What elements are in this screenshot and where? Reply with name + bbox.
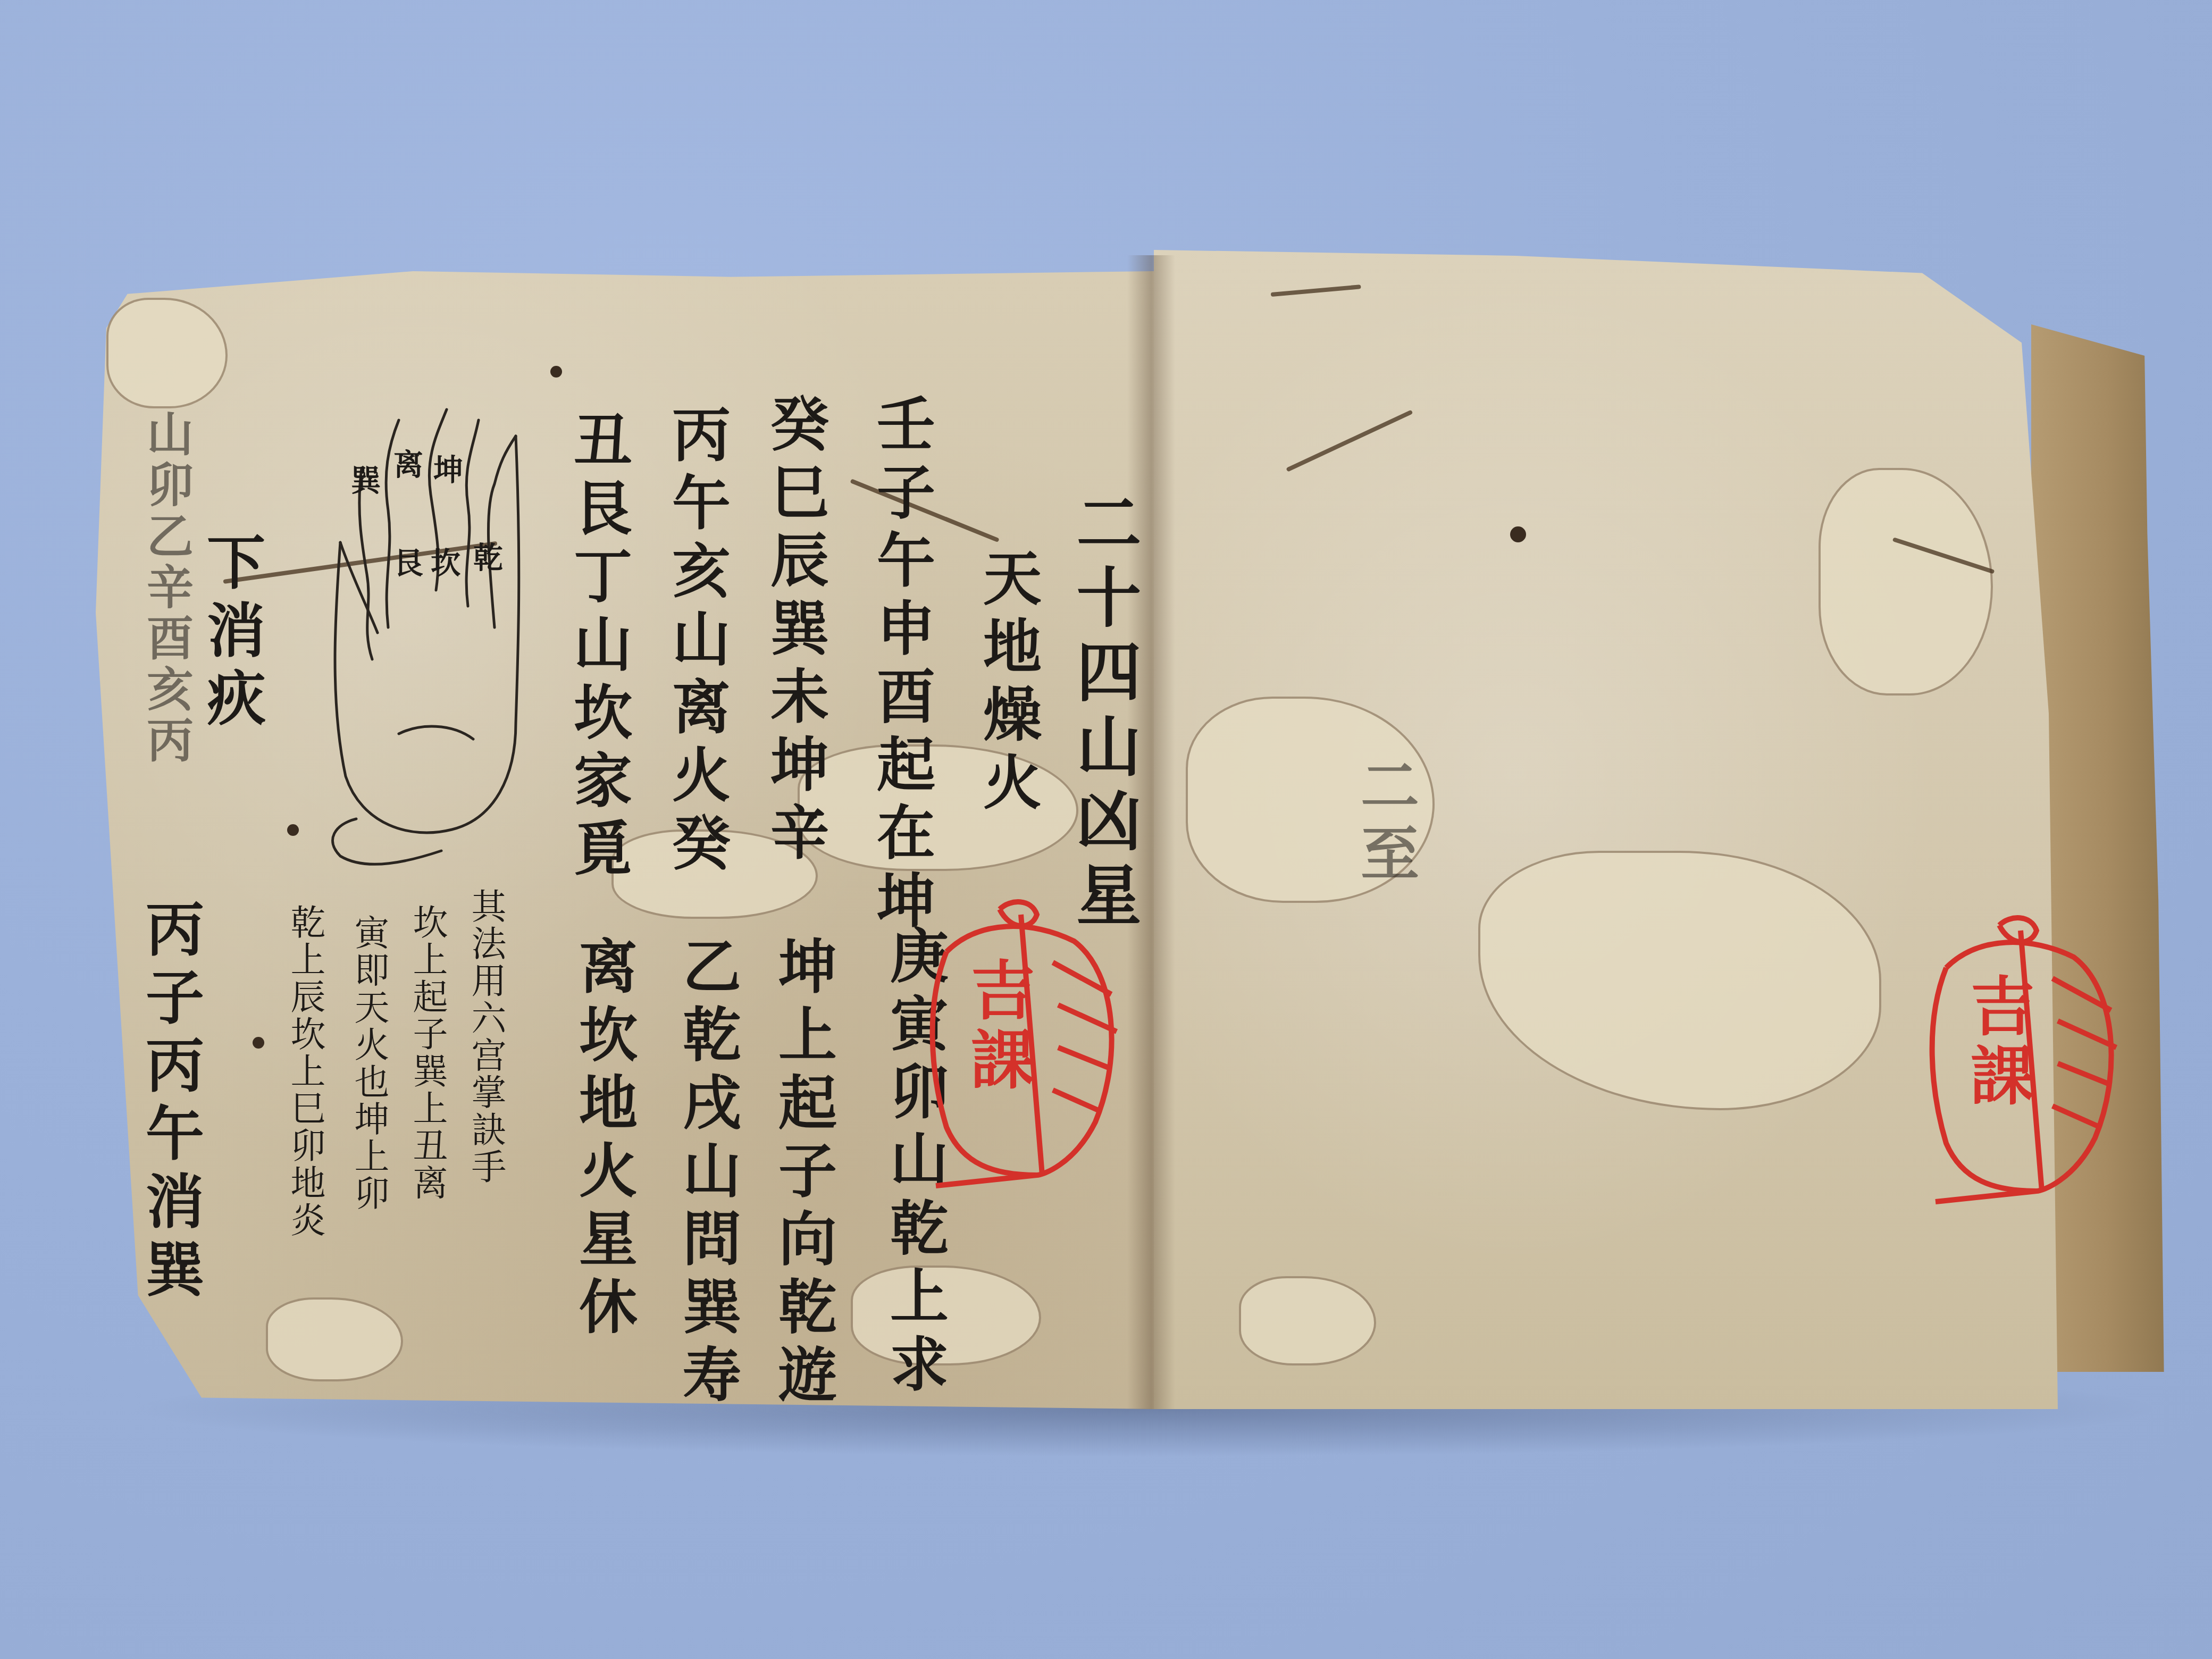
hand-label-kun: 坤 bbox=[433, 447, 463, 489]
text-column: 丙午亥山离火癸 bbox=[667, 404, 726, 881]
subtitle-column: 天地燥火 bbox=[978, 548, 1037, 820]
text-column-small: 其法用六宫掌訣手 bbox=[468, 888, 503, 1186]
text-column: 乙乾戌山問巽寿 bbox=[678, 936, 736, 1412]
text-column: 丙子丙午消巽 bbox=[141, 899, 199, 1307]
worm-hole bbox=[253, 1037, 264, 1049]
paper-damage bbox=[1239, 1276, 1376, 1365]
title-column: 二十四山凶星 bbox=[1071, 489, 1136, 936]
hand-label-qian: 乾 bbox=[473, 534, 503, 577]
worm-hole bbox=[287, 824, 299, 836]
worm-hole bbox=[1510, 526, 1526, 542]
worm-hole bbox=[550, 366, 562, 378]
red-seal-right: 吉課 bbox=[1914, 915, 2127, 1212]
text-column: 下消疢 bbox=[202, 532, 261, 736]
text-column-small: 寅即天火也坤上卯 bbox=[351, 915, 386, 1212]
text-column: 丑艮丁山坎家覓 bbox=[569, 409, 627, 886]
text-column-small: 坎上起子巽上丑离 bbox=[409, 904, 445, 1202]
paper-damage bbox=[266, 1297, 403, 1381]
text-column-damaged: 山卯乙辛酉亥丙 bbox=[144, 409, 190, 767]
fragment-text: 二至 bbox=[1356, 755, 1414, 891]
text-column: 癸巳辰巽未坤辛 bbox=[766, 393, 824, 870]
text-column: 壬子午申酉起在坤 bbox=[872, 393, 931, 938]
seal-text: 吉課 bbox=[952, 957, 1043, 1095]
hand-label-xun: 巽 bbox=[351, 457, 381, 500]
hand-diagram: 巽 离 坤 艮 坎 乾 bbox=[303, 404, 526, 872]
hand-label-kan: 坎 bbox=[431, 540, 460, 582]
hand-label-li: 离 bbox=[393, 441, 423, 484]
text-column-small: 乾上辰坎上巳卯地炎 bbox=[287, 904, 322, 1239]
text-column: 离坎地火星休 bbox=[574, 936, 633, 1344]
hand-label-gen: 艮 bbox=[393, 540, 423, 582]
seal-text: 吉課 bbox=[1951, 973, 2043, 1111]
red-seal-left: 吉課 bbox=[915, 899, 1127, 1196]
text-column: 坤上起子向乾遊 bbox=[774, 936, 832, 1412]
